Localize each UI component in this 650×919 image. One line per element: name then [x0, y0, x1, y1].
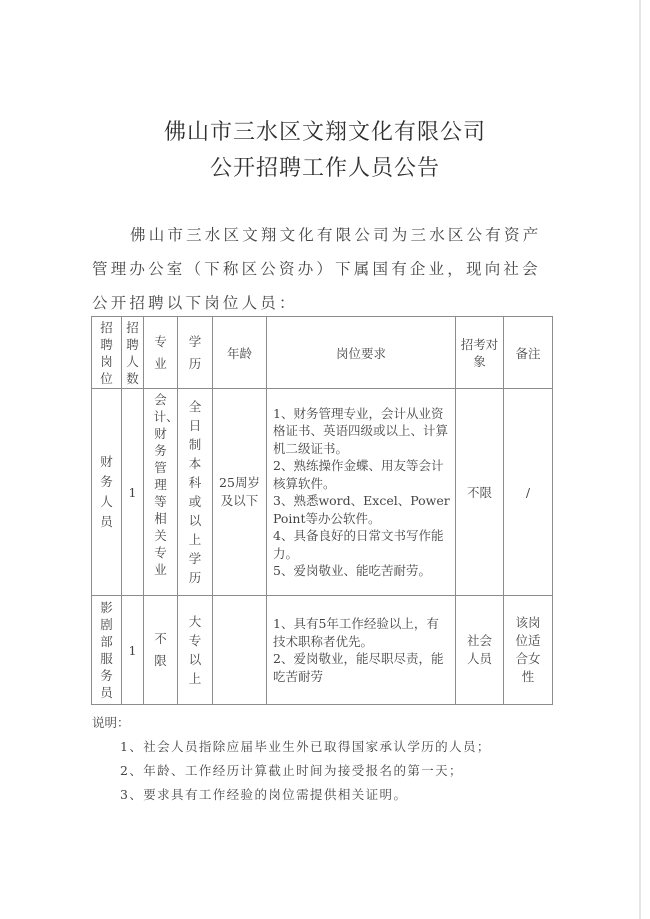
cell-major: 会计、财务管理等相关专业 [144, 389, 178, 596]
requirement-item: 1、财务管理专业，会计从业资格证书、英语四级或以上、计算机二级证书。 [273, 405, 451, 458]
cell-education: 全日制本科或以上学历 [178, 389, 213, 596]
header-age: 年龄 [213, 317, 267, 389]
note-item: 2、年龄、工作经历计算截止时间为接受报名的第一天； [92, 759, 491, 783]
header-education: 学历 [178, 317, 213, 389]
cell-age: 25周岁及以下 [213, 389, 267, 596]
header-target: 招考对象 [456, 317, 504, 389]
requirement-item: 2、爱岗敬业，能尽职尽责，能吃苦耐劳 [273, 650, 451, 685]
cell-major: 不限 [144, 596, 178, 705]
notes-section: 说明： 1、社会人员指除应届毕业生外已取得国家承认学历的人员； 2、年龄、工作经… [92, 711, 491, 807]
note-item: 3、要求具有工作经验的岗位需提供相关证明。 [92, 783, 491, 807]
header-count: 招聘人数 [122, 317, 144, 389]
document-title-line1: 佛山市三水区文翔文化有限公司 [0, 115, 650, 146]
cell-education: 大专以上 [178, 596, 213, 705]
cell-count: 1 [122, 389, 144, 596]
note-item: 1、社会人员指除应届毕业生外已取得国家承认学历的人员； [92, 735, 491, 759]
table-header-row: 招聘岗位 招聘人数 专业 学历 年龄 岗位要求 招考对象 备注 [92, 317, 553, 389]
recruitment-table: 招聘岗位 招聘人数 专业 学历 年龄 岗位要求 招考对象 备注 财务人员 1 会… [91, 316, 553, 705]
cell-requirements: 1、财务管理专业，会计从业资格证书、英语四级或以上、计算机二级证书。 2、熟练操… [267, 389, 456, 596]
cell-position: 影剧部服务员 [92, 596, 122, 705]
requirement-item: 2、熟练操作金蝶、用友等会计核算软件。 [273, 457, 451, 492]
header-position: 招聘岗位 [92, 317, 122, 389]
cell-position: 财务人员 [92, 389, 122, 596]
cell-requirements: 1、具有5年工作经验以上，有技术职称者优先。 2、爱岗敬业，能尽职尽责，能吃苦耐… [267, 596, 456, 705]
cell-remarks: 该岗位适合女性 [504, 596, 553, 705]
cell-target: 不限 [456, 389, 504, 596]
cell-count: 1 [122, 596, 144, 705]
table-row: 财务人员 1 会计、财务管理等相关专业 全日制本科或以上学历 25周岁及以下 1… [92, 389, 553, 596]
cell-remarks: / [504, 389, 553, 596]
document-title-line2: 公开招聘工作人员公告 [0, 151, 650, 182]
header-major: 专业 [144, 317, 178, 389]
cell-age [213, 596, 267, 705]
cell-target: 社会人员 [456, 596, 504, 705]
table-row: 影剧部服务员 1 不限 大专以上 1、具有5年工作经验以上，有技术职称者优先。 … [92, 596, 553, 705]
intro-paragraph: 佛山市三水区文翔文化有限公司为三水区公有资产管理办公室（下称区公资办）下属国有企… [92, 218, 554, 320]
requirement-item: 4、具备良好的日常文书写作能力。 [273, 527, 451, 562]
notes-label: 说明： [92, 711, 491, 735]
header-remarks: 备注 [504, 317, 553, 389]
requirement-item: 1、具有5年工作经验以上，有技术职称者优先。 [273, 615, 451, 650]
header-requirements: 岗位要求 [267, 317, 456, 389]
requirement-item: 3、熟悉word、Excel、Power Point等办公软件。 [273, 492, 451, 527]
requirement-item: 5、爱岗敬业、能吃苦耐劳。 [273, 562, 451, 580]
